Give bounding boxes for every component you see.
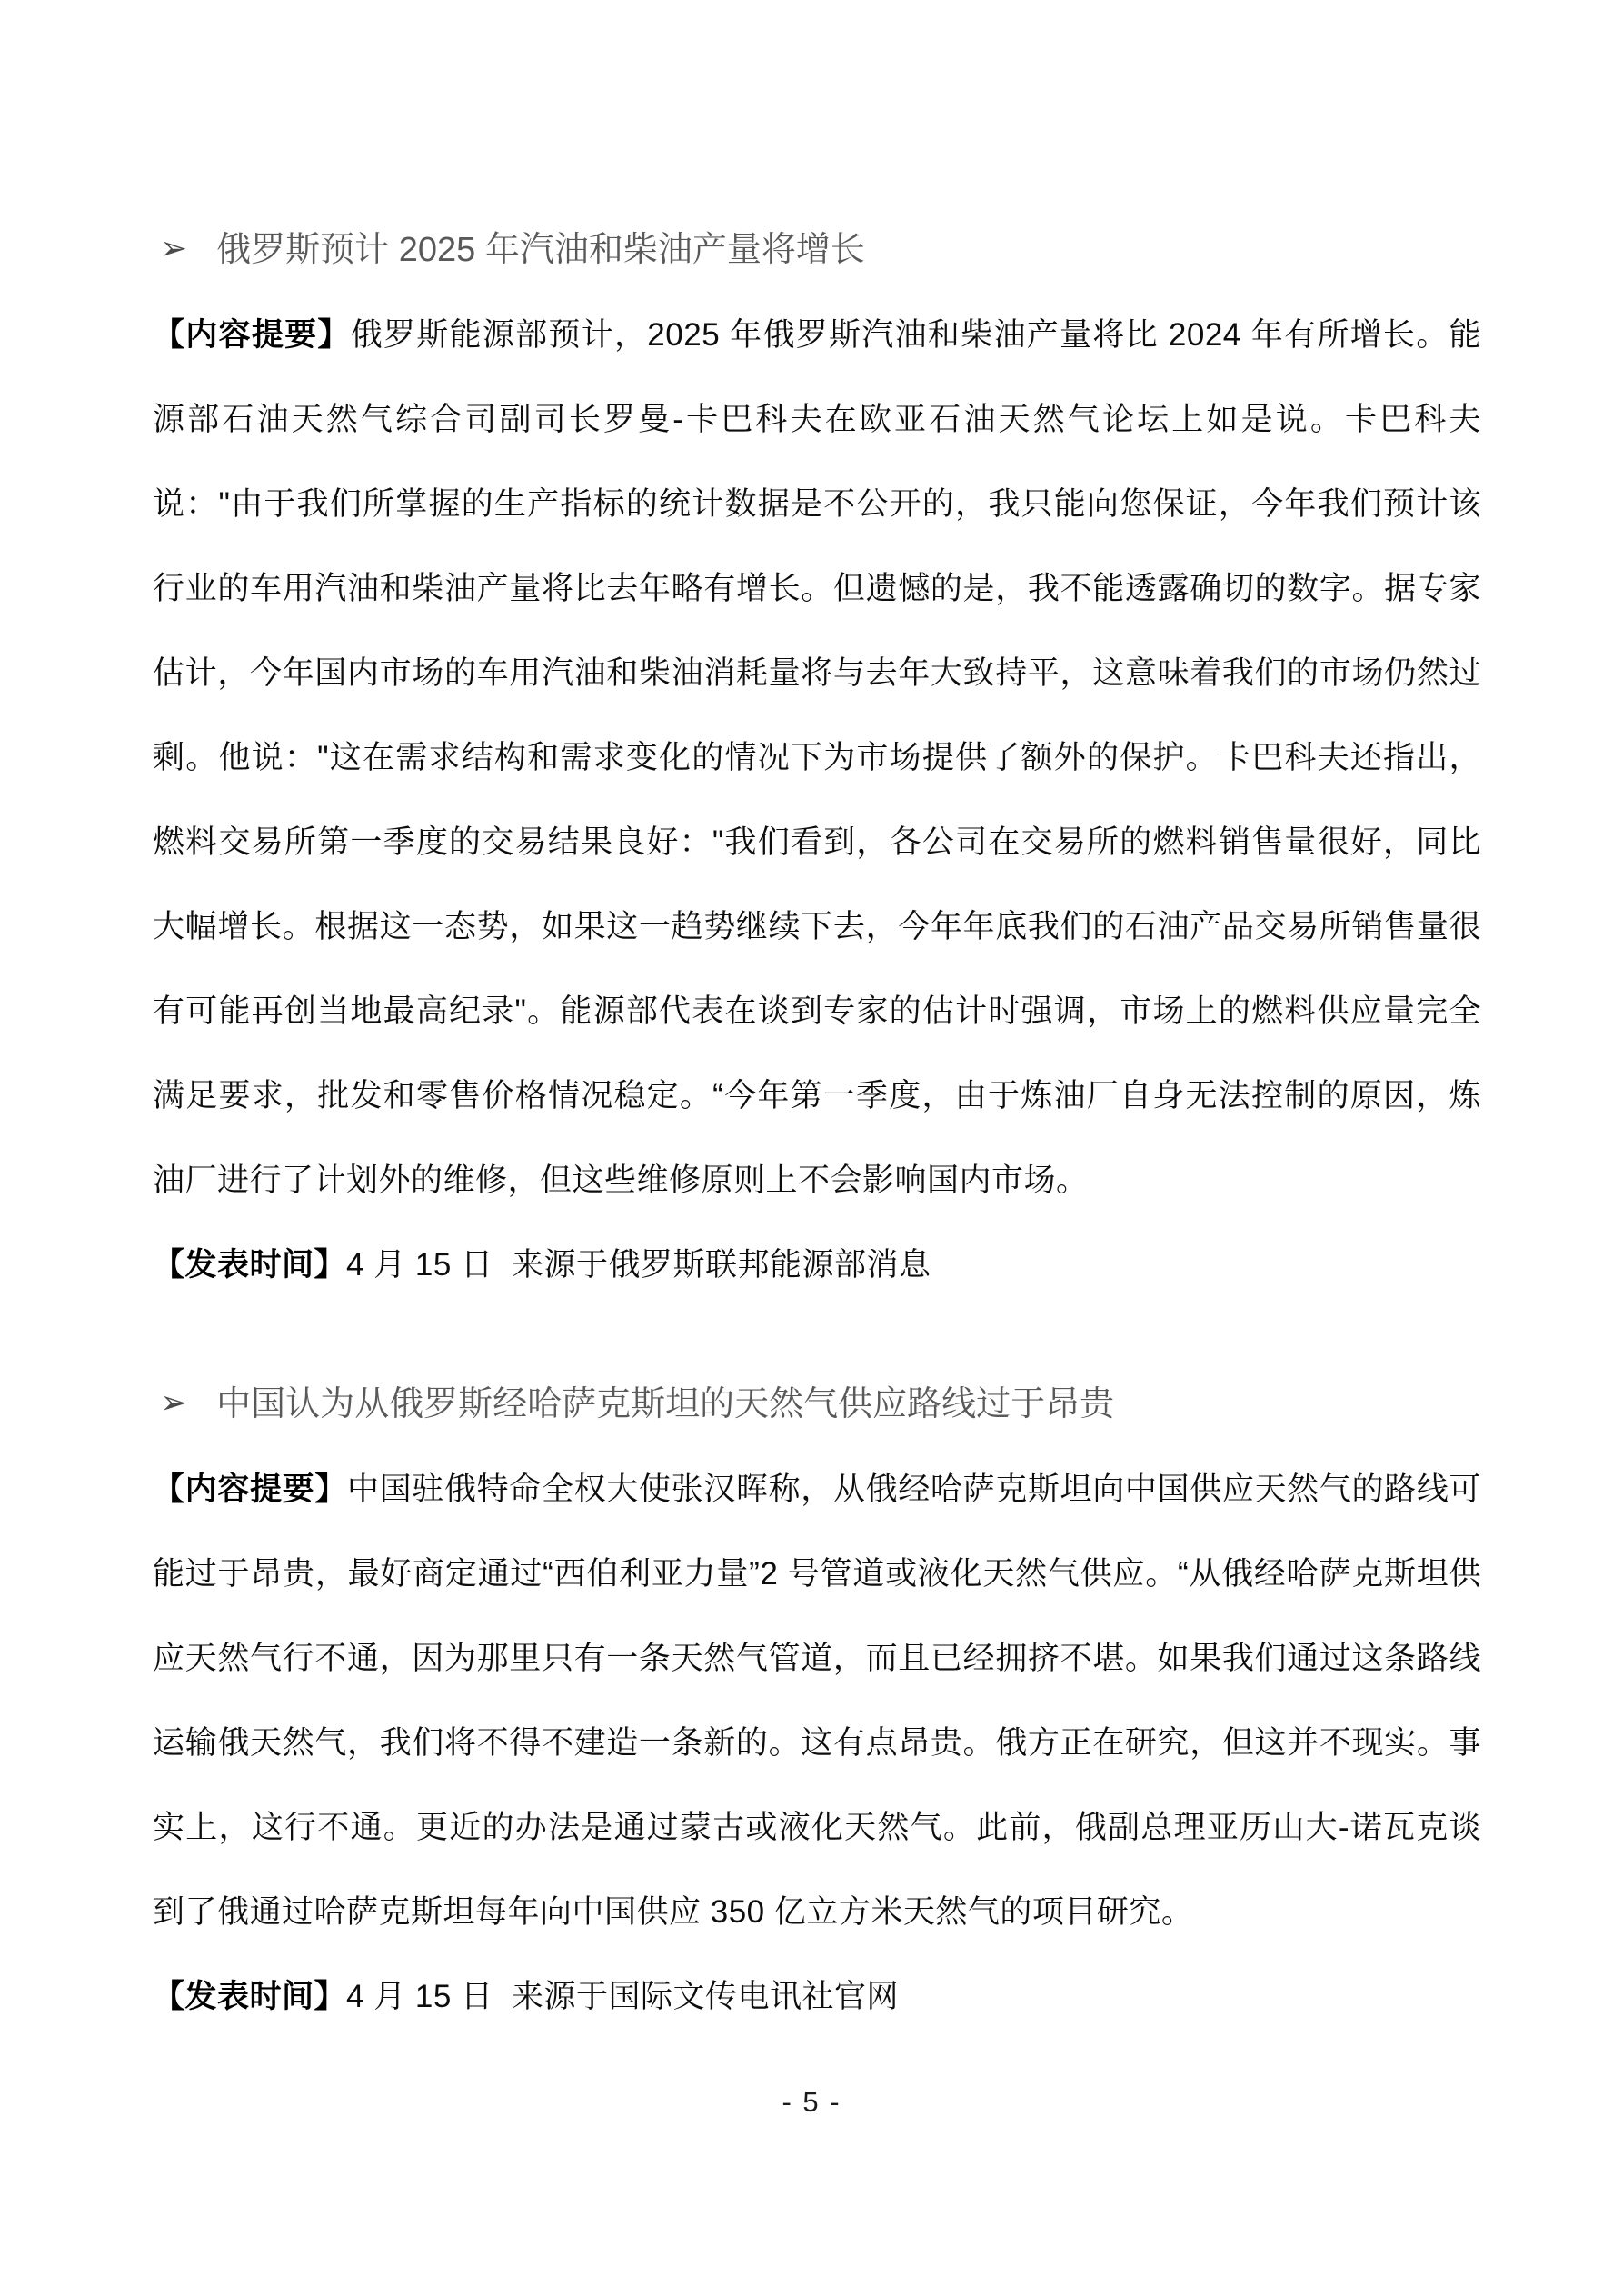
summary-text-2: 中国驻俄特命全权大使张汉晖称，从俄经哈萨克斯坦向中国供应天然气的路线可能过于昂贵… bbox=[153, 1472, 1481, 1930]
news-heading-1: ➢俄罗斯预计 2025 年汽油和柴油产量将增长 bbox=[153, 207, 1481, 293]
document-page: ➢俄罗斯预计 2025 年汽油和柴油产量将增长 【内容提要】俄罗斯能源部预计，2… bbox=[0, 0, 1623, 2296]
page-content: ➢俄罗斯预计 2025 年汽油和柴油产量将增长 【内容提要】俄罗斯能源部预计，2… bbox=[0, 0, 1623, 2039]
summary-text-1: 俄罗斯能源部预计，2025 年俄罗斯汽油和柴油产量将比 2024 年有所增长。能… bbox=[153, 317, 1481, 1198]
news-heading-2: ➢中国认为从俄罗斯经哈萨克斯坦的天然气供应路线过于昂贵 bbox=[153, 1362, 1481, 1447]
publish-date-label-1: 【发表时间】 bbox=[153, 1247, 346, 1283]
summary-paragraph-1: 【内容提要】俄罗斯能源部预计，2025 年俄罗斯汽油和柴油产量将比 2024 年… bbox=[153, 293, 1481, 1223]
publish-date-text-2: 4 月 15 日 来源于国际文传电讯社官网 bbox=[346, 1979, 899, 2014]
arrow-bullet-icon: ➢ bbox=[160, 1360, 187, 1444]
publish-date-line-2: 【发表时间】4 月 15 日 来源于国际文传电讯社官网 bbox=[153, 1954, 1481, 2039]
publish-date-line-1: 【发表时间】4 月 15 日 来源于俄罗斯联邦能源部消息 bbox=[153, 1223, 1481, 1307]
arrow-bullet-icon: ➢ bbox=[160, 205, 187, 290]
news-heading-2-text: 中国认为从俄罗斯经哈萨克斯坦的天然气供应路线过于昂贵 bbox=[216, 1385, 1114, 1423]
page-number: - 5 - bbox=[0, 2084, 1623, 2121]
summary-paragraph-2: 【内容提要】中国驻俄特命全权大使张汉晖称，从俄经哈萨克斯坦向中国供应天然气的路线… bbox=[153, 1447, 1481, 1954]
news-heading-1-text: 俄罗斯预计 2025 年汽油和柴油产量将增长 bbox=[216, 231, 865, 269]
publish-date-label-2: 【发表时间】 bbox=[153, 1979, 346, 2014]
summary-label-2: 【内容提要】 bbox=[153, 1472, 347, 1507]
publish-date-text-1: 4 月 15 日 来源于俄罗斯联邦能源部消息 bbox=[346, 1247, 931, 1283]
summary-label-1: 【内容提要】 bbox=[153, 317, 351, 353]
